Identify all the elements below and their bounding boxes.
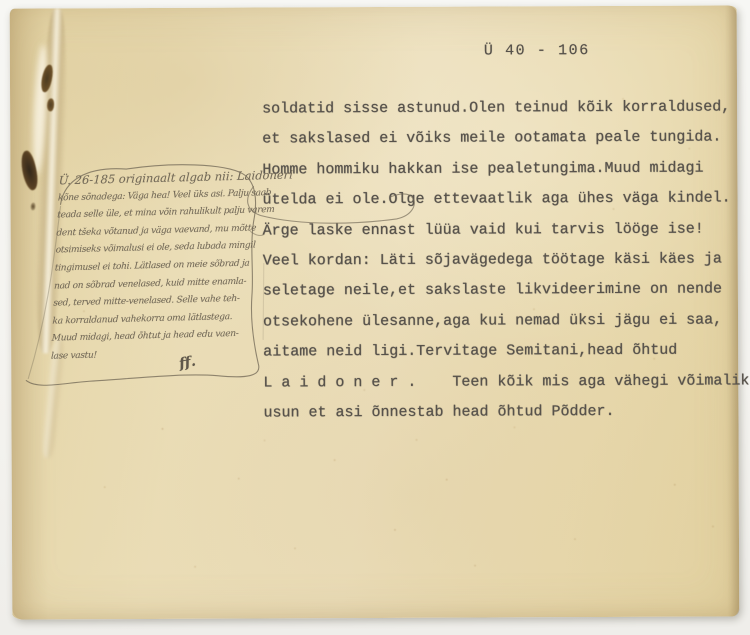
typed-line: Homme hommiku hakkan ise pealetungima.Mu…: [262, 153, 744, 185]
typed-line: Ärge laske ennast lüüa vaid kui tarvis l…: [263, 214, 745, 246]
typed-line: otsekohene ülesanne,aga kui nemad üksi j…: [263, 305, 745, 337]
paper-sheet: Ü 40 - 106 soldatid sisse astunud.Olen t…: [10, 5, 740, 619]
typed-line: soldatid sisse astunud.Olen teinud kõik …: [262, 92, 744, 124]
typed-line: ütelda ei ole.Olge ettevaatlik aga ühes …: [262, 184, 744, 216]
typed-line: usun et asi õnnestab head õhtud Põdder.: [263, 396, 745, 428]
typed-line: aitame neid ligi.Tervitage Semitani,head…: [263, 336, 745, 368]
handwritten-annotation: Ü. 26-185 originaalt algab nii: Laidoner…: [51, 167, 265, 366]
typed-line: seletage neile,et sakslaste likvideerimi…: [263, 275, 745, 307]
typed-line: L a i d o n e r . Teen kõik mis aga vähe…: [263, 366, 745, 398]
typed-line: et sakslased ei võiks meile ootamata pea…: [262, 123, 744, 155]
foxing-speckles: [10, 9, 12, 11]
reference-number: Ü 40 - 106: [484, 42, 590, 59]
typed-text-block: soldatid sisse astunud.Olen teinud kõik …: [262, 92, 745, 428]
annotation-initials: ff.: [178, 353, 197, 372]
typed-line: Veel kordan: Läti sõjavägedega töötage k…: [263, 244, 745, 276]
